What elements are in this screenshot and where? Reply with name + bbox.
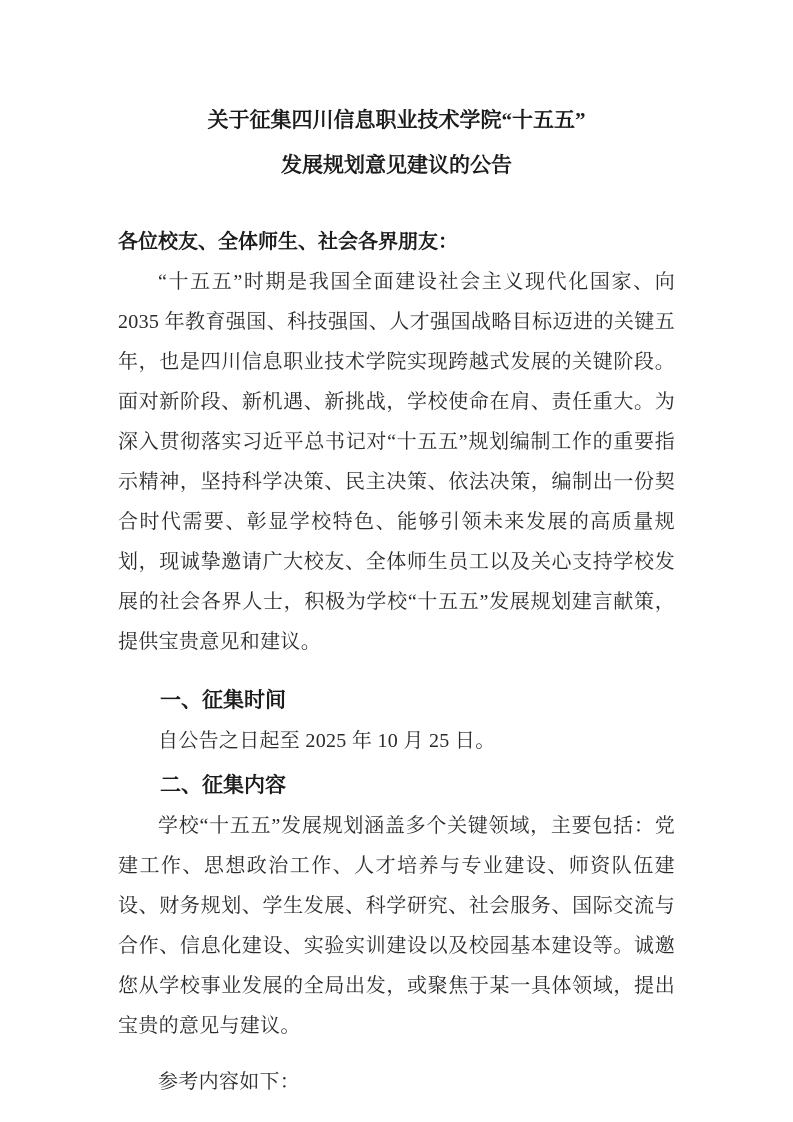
document-title: 关于征集四川信息职业技术学院“十五五” 发展规划意见建议的公告: [118, 98, 675, 188]
salutation-line: 各位校友、全体师生、社会各界朋友：: [118, 222, 675, 262]
reference-content-lead-line: 参考内容如下：: [118, 1062, 675, 1102]
collection-time-text: 自公告之日起至 2025 年 10 月 25 日。: [118, 721, 675, 761]
section-heading-collection-time: 一、征集时间: [118, 681, 675, 721]
document-page: 关于征集四川信息职业技术学院“十五五” 发展规划意见建议的公告 各位校友、全体师…: [0, 0, 793, 1122]
document-title-line-1: 关于征集四川信息职业技术学院“十五五”: [118, 98, 675, 143]
document-title-line-2: 发展规划意见建议的公告: [118, 143, 675, 188]
intro-paragraph: “十五五”时期是我国全面建设社会主义现代化国家、向 2035 年教育强国、科技强…: [118, 262, 675, 662]
section-heading-collection-content: 二、征集内容: [118, 766, 675, 806]
collection-content-text: 学校“十五五”发展规划涵盖多个关键领域，主要包括：党建工作、思想政治工作、人才培…: [118, 806, 675, 1046]
